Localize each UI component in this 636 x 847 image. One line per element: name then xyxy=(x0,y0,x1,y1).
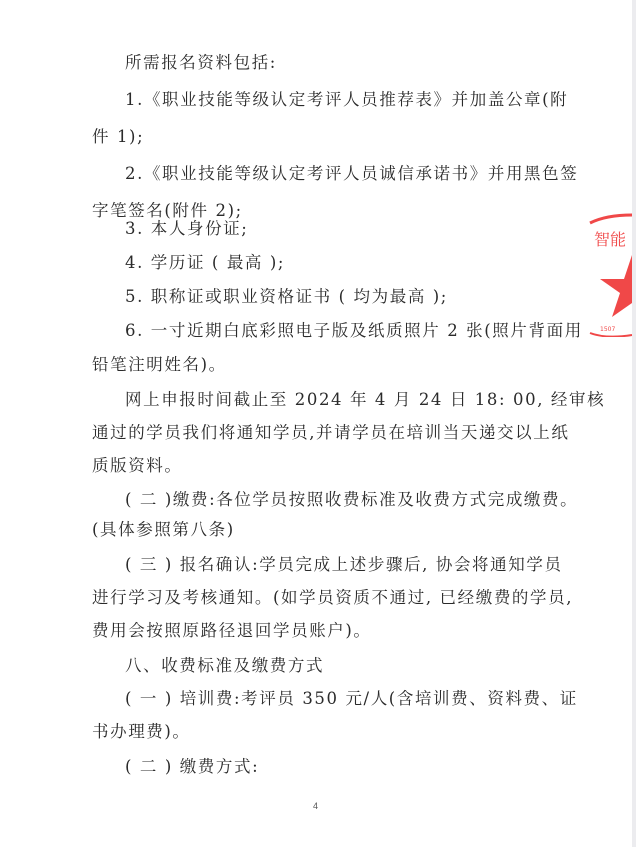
document-page: 所需报名资料包括: 1.《职业技能等级认定考评人员推荐表》并加盖公章(附 件 1… xyxy=(0,0,632,847)
text-line: 件 1); xyxy=(92,126,552,148)
text-line: 进行学习及考核通知。(如学员资质不通过, 已经缴费的学员, xyxy=(92,587,552,609)
text-line: 铅笔注明姓名)。 xyxy=(92,354,552,376)
text-line: 所需报名资料包括: xyxy=(125,52,585,74)
text-line: 费用会按照原路径退回学员账户)。 xyxy=(92,620,552,642)
section-heading: 八、收费标准及缴费方式 xyxy=(125,655,585,677)
text-line: 5. 职称证或职业资格证书 ( 均为最高 ); xyxy=(125,286,585,308)
text-line: 网上申报时间截止至 2024 年 4 月 24 日 18: 00, 经审核 xyxy=(125,389,585,411)
text-line: 6. 一寸近期白底彩照电子版及纸质照片 2 张(照片背面用 xyxy=(125,320,585,342)
text-line: 3. 本人身份证; xyxy=(125,218,585,240)
text-line: 2.《职业技能等级认定考评人员诚信承诺书》并用黑色签 xyxy=(125,163,585,185)
page-number: 4 xyxy=(313,801,318,811)
page-edge xyxy=(632,0,636,847)
svg-text:1507: 1507 xyxy=(600,326,615,333)
text-line: ( 二 ) 缴费方式: xyxy=(125,756,585,778)
text-line: ( 一 ) 培训费:考评员 350 元/人(含培训费、资料费、证 xyxy=(125,688,585,710)
text-line: (具体参照第八条) xyxy=(92,519,552,541)
text-line: 1.《职业技能等级认定考评人员推荐表》并加盖公章(附 xyxy=(125,89,585,111)
text-line: 4. 学历证 ( 最高 ); xyxy=(125,252,585,274)
text-line: ( 三 ) 报名确认:学员完成上述步骤后, 协会将通知学员 xyxy=(125,554,585,576)
official-seal-icon: 智能 1507 xyxy=(586,207,636,337)
text-line: 书办理费)。 xyxy=(92,721,552,743)
text-line: ( 二 )缴费:各位学员按照收费标准及收费方式完成缴费。 xyxy=(125,489,585,511)
svg-text:智能: 智能 xyxy=(594,230,626,249)
text-line: 质版资料。 xyxy=(92,455,552,477)
text-line: 通过的学员我们将通知学员,并请学员在培训当天递交以上纸 xyxy=(92,422,552,444)
